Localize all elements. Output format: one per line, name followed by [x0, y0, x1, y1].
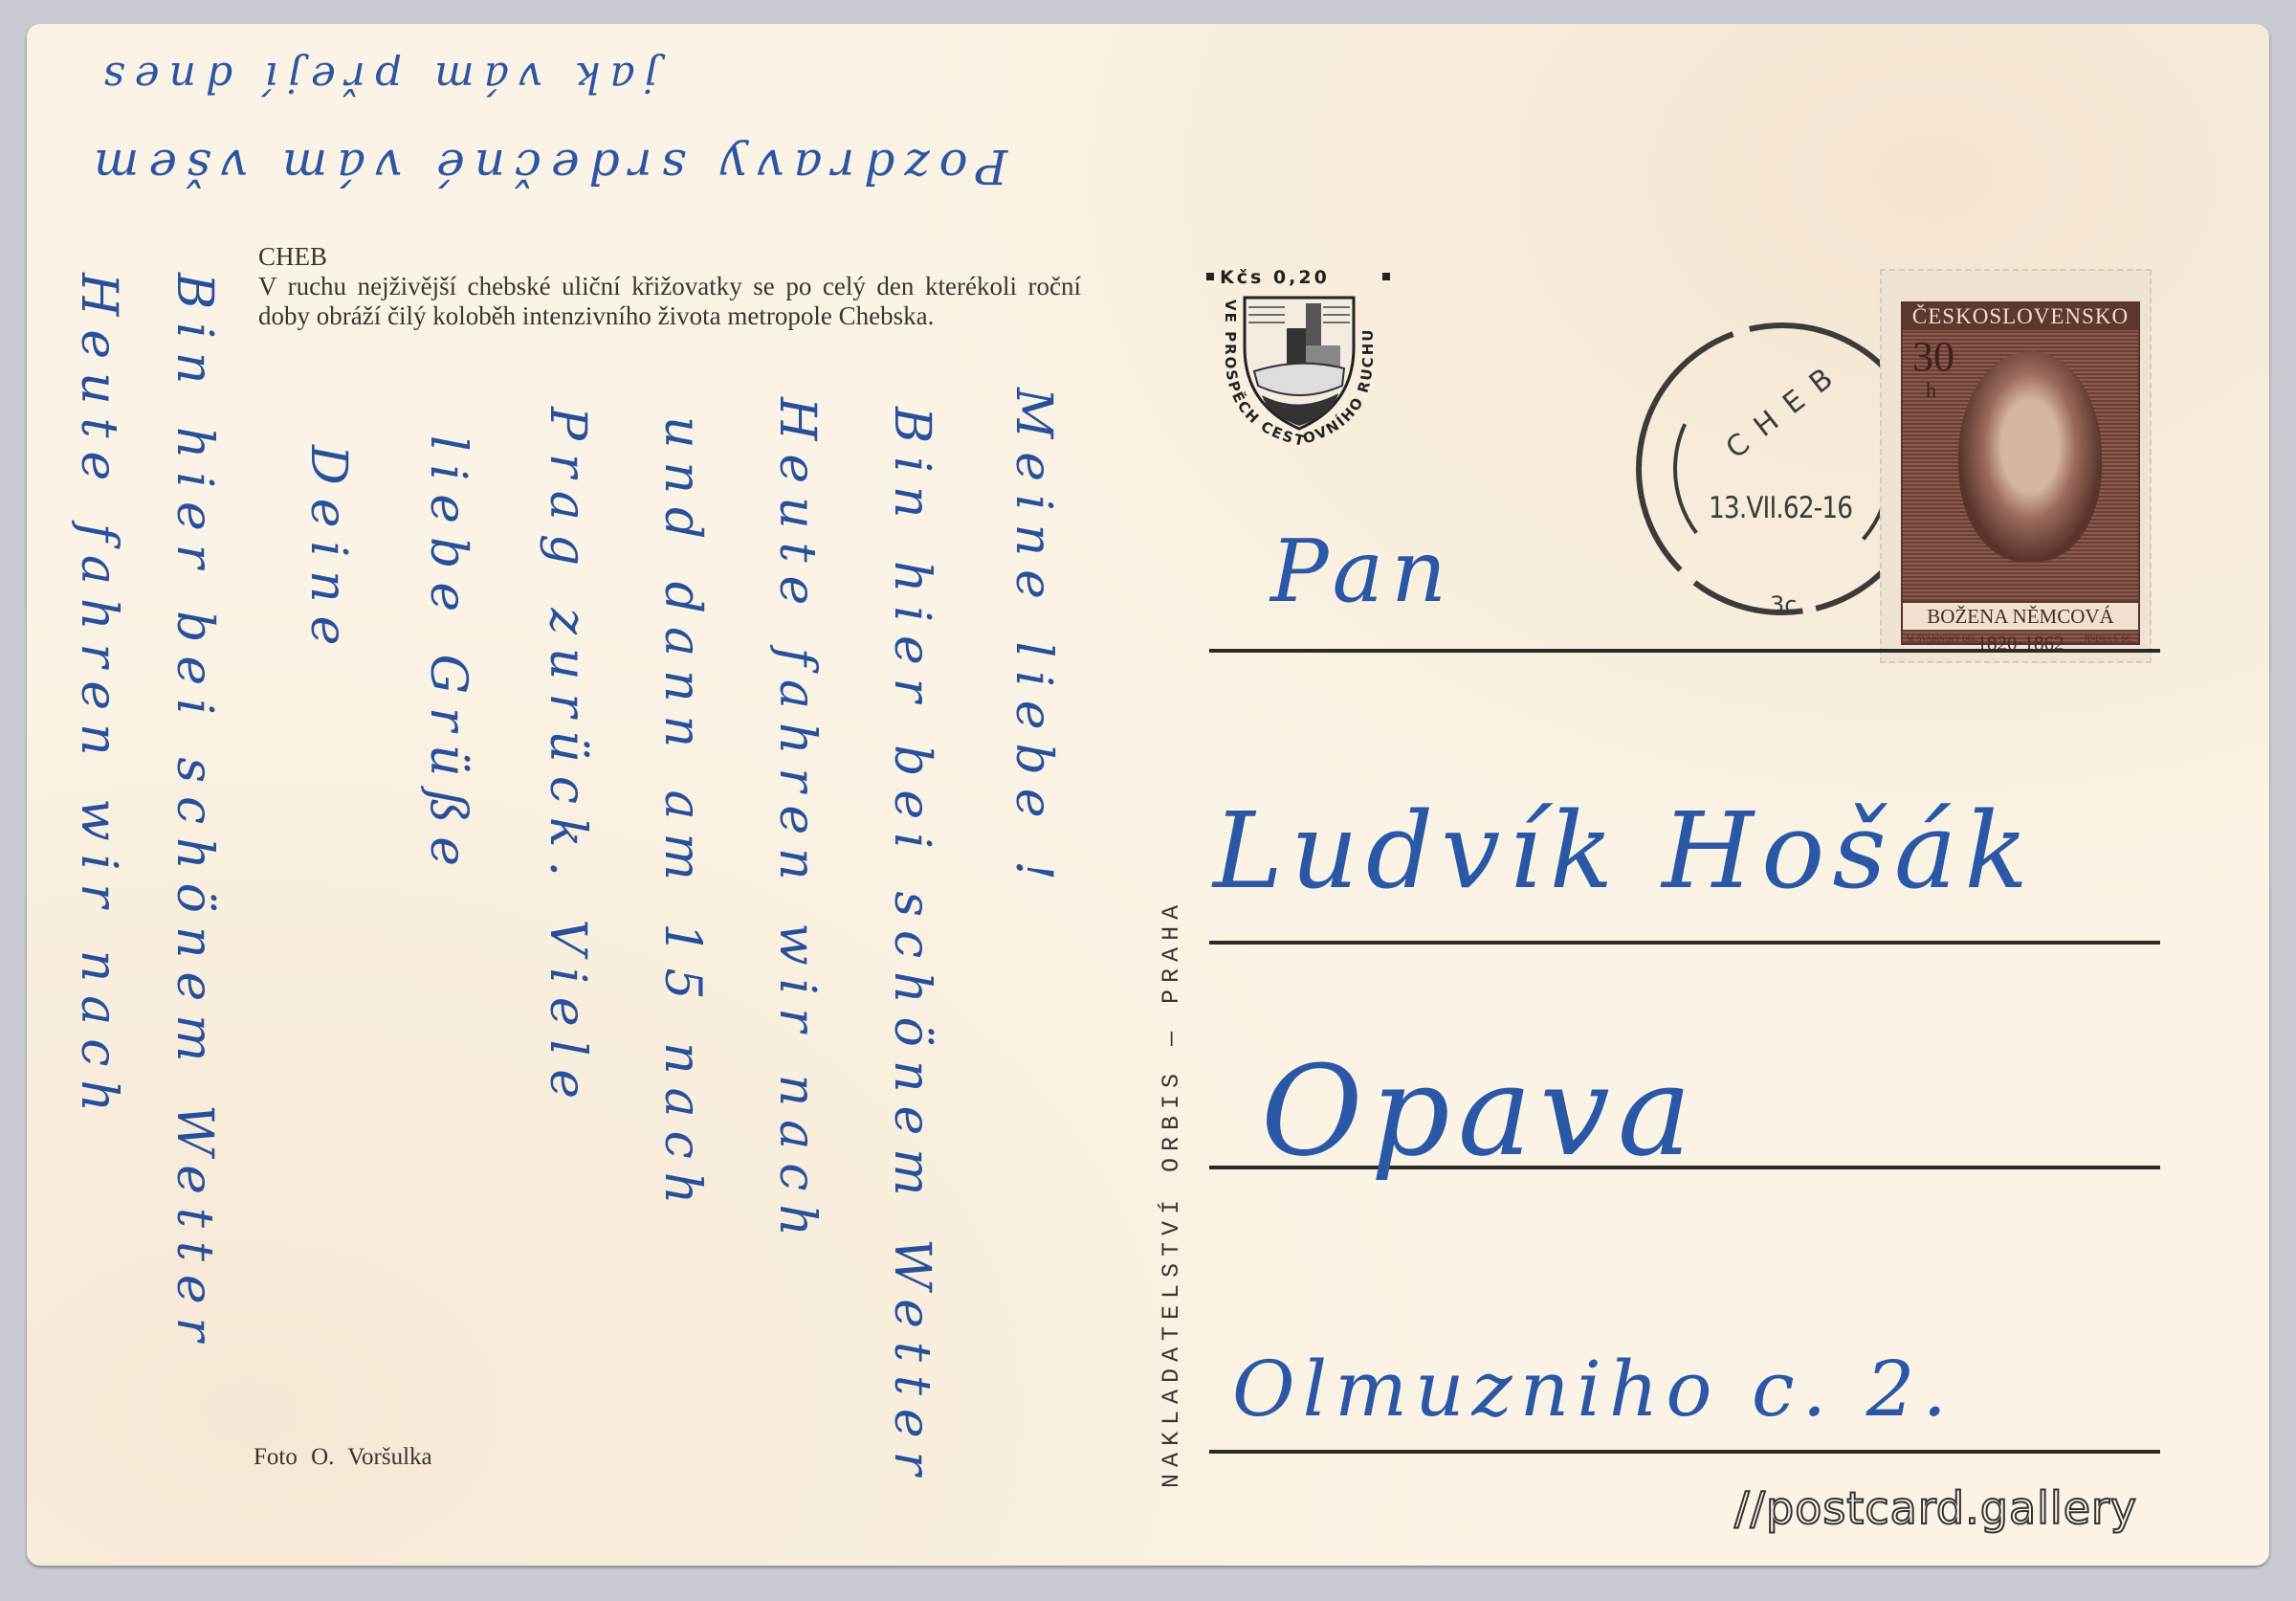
stamp-country: ČESKOSLOVENSKO [1903, 303, 2138, 330]
svg-text:VE PROSPĚCH CESTOVNÍHO RUCHU: VE PROSPĚCH CESTOVNÍHO RUCHU [1222, 300, 1377, 450]
watermark: //postcard.gallery [1734, 1482, 2137, 1534]
postmark-date: 13.VII.62-16 [1709, 491, 1852, 525]
portrait-icon [1958, 351, 2102, 562]
message-line: liebe Grüße [419, 435, 476, 879]
message-line: Prag zurück. Viele [539, 407, 596, 1112]
postage-stamp: ČESKOSLOVENSKO 30 h BOŽENA NĚMCOVÁ 1820·… [1880, 269, 2152, 663]
message-line: Bin hier bei schönem Wetter [166, 273, 223, 1354]
stamp-designer: M. ŠVABINSKÝ DEL. [1907, 634, 1978, 643]
message-line: Heute fahren wir nach [70, 273, 127, 1125]
message-top-line: jak vám přejí dnes [94, 53, 657, 101]
address-street: Olmuzniho c. 2. [1232, 1345, 1954, 1434]
address-line-1 [1209, 649, 2160, 653]
address-line-2 [1209, 941, 2160, 945]
address-line-4 [1209, 1450, 2160, 1454]
postmark-number: 3c [1770, 591, 1797, 618]
address-name: Ludvík Hošák [1213, 789, 2036, 912]
stamp-value: 30 [1912, 338, 1954, 376]
message-line: und dann am 15 nach [653, 416, 711, 1217]
tourism-logo: Kčs 0,20 VE PROSPĚCH CESTOVNÍHO RUCHU [1199, 261, 1400, 453]
message-line: Heute fahren wir nach [768, 397, 826, 1250]
stamp-unit: h [1926, 378, 1936, 403]
stamp-artists: M. ŠVABINSKÝ DEL. JINDRA S. SC. [1907, 634, 2132, 643]
message-line: Bin hier bei schönem Wetter [883, 407, 940, 1488]
caption-title: CHEB [258, 242, 1081, 272]
message-top-line: Pozdravy srdečné vám všem [84, 139, 1007, 194]
address-city: Opava [1261, 1038, 1699, 1184]
caption-body: V ruchu nejživější chebské uliční křižov… [258, 272, 1081, 331]
stamp-design: ČESKOSLOVENSKO 30 h BOŽENA NĚMCOVÁ 1820·… [1901, 301, 2140, 645]
caption: CHEB V ruchu nejživější chebské uliční k… [258, 242, 1081, 331]
stamp-subject: BOŽENA NĚMCOVÁ 1820·1862 [1903, 601, 2138, 630]
message-line: Deine [299, 445, 357, 658]
postcard-back: CHEB V ruchu nejživější chebské uliční k… [27, 24, 2269, 1566]
logo-motto: VE PROSPĚCH CESTOVNÍHO RUCHU [1199, 261, 1400, 453]
publisher-imprint: NAKLADATELSTVÍ ORBIS — PRAHA [1158, 899, 1185, 1488]
address-salutation: Pan [1270, 522, 1454, 622]
photo-credit: Foto O. Voršulka [254, 1444, 432, 1471]
message-line: Meine liebe ! [1004, 388, 1062, 894]
stamp-engraver: JINDRA S. SC. [2085, 634, 2132, 643]
